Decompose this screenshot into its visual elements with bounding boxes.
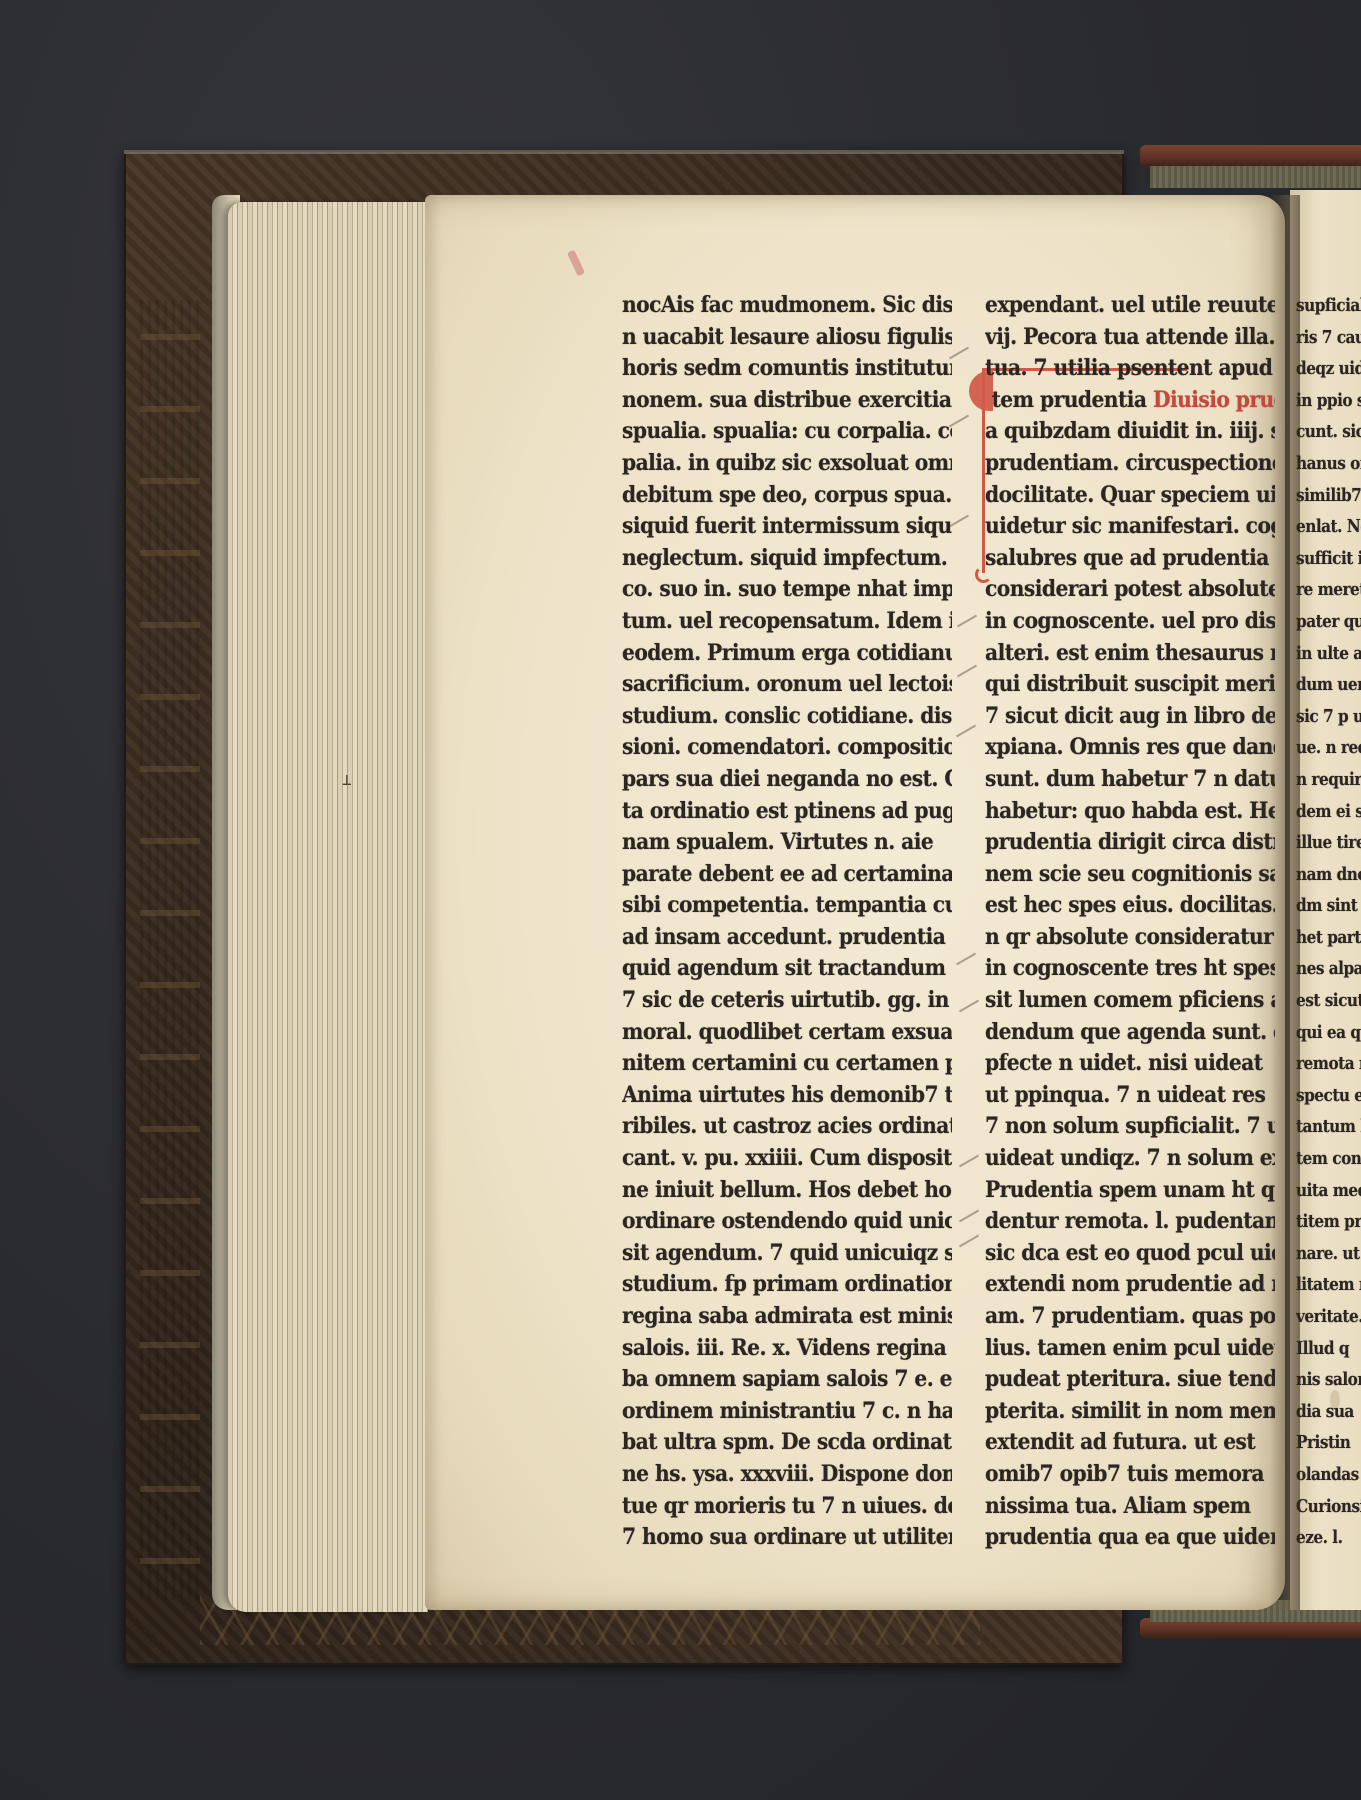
text-line: in cognoscente. uel pro distribu — [985, 606, 1252, 638]
text-line: uita medi — [1296, 1175, 1351, 1207]
text-line: sic dca est eo quod pcul uideat — [985, 1238, 1252, 1270]
text-line: nocAis fac mudmonem. Sic distructo — [622, 290, 926, 322]
text-line: siquid fuerit intermissum siquid — [622, 511, 926, 543]
text-line: Prudentia spem unam ht qua — [985, 1175, 1252, 1207]
text-line: dentur remota. l. pudentam — [985, 1206, 1252, 1238]
text-line: sufficit inter — [1296, 543, 1351, 575]
text-line: tem consid — [1296, 1143, 1351, 1175]
text-line: ta ordinatio est ptinens ad pug — [622, 796, 926, 828]
text-line: expendant. uel utile reuuteant. — [985, 290, 1252, 322]
text-line: sioni. comendatori. compositioni. — [622, 732, 926, 764]
text-line: dem ei sui — [1296, 796, 1351, 828]
text-line: palia. in quibz sic exsoluat omne — [622, 448, 926, 480]
text-line: prudentiam. circuspectione. cau — [985, 448, 1252, 480]
spine-strap-top — [1140, 145, 1361, 167]
text-line: ad insam accedunt. prudentia e — [622, 922, 926, 954]
text-line: ut ppinqua. 7 n uideat res — [985, 1080, 1252, 1112]
text-line: tua. 7 utilia psentent apud te. — [985, 353, 1252, 385]
text-line: pater quia — [1296, 606, 1351, 638]
text-line: 7 sic de ceteris uirtutib. gg. in — [622, 985, 926, 1017]
text-line: extendi nom prudentie ad me — [985, 1269, 1252, 1301]
text-line: illue tire n — [1296, 827, 1351, 859]
text-line: lius. tamen enim pcul uidet — [985, 1333, 1252, 1365]
text-line: deqz uidet — [1296, 353, 1351, 385]
text-line: sit agendum. 7 quid unicuiqz sit — [622, 1238, 926, 1270]
text-line: horis sedm comuntis institutum ca — [622, 353, 926, 385]
text-line: n requirit — [1296, 764, 1351, 796]
text-line: sacrificium. oronum uel lectois — [622, 669, 926, 701]
text-line: dm sint — [1296, 890, 1351, 922]
text-line: cunt. sicut — [1296, 416, 1351, 448]
page-stack-edges — [228, 202, 428, 1612]
text-line: pudeat pteritura. siue tenda — [985, 1364, 1252, 1396]
text-line: studium. fp primam ordinatione. — [622, 1269, 926, 1301]
blind-tooled-border-left — [140, 300, 200, 1600]
text-line: dendum que agenda sunt. et — [985, 1017, 1252, 1049]
text-line: nitem certamini cu certamen par. — [622, 1048, 926, 1080]
text-line: considerari potest absolute p — [985, 574, 1252, 606]
text-line: pfecte n uidet. nisi uideat — [985, 1048, 1252, 1080]
text-line: docilitate. Quar speciem ui — [985, 480, 1252, 512]
text-line: ne iniuit bellum. Hos debet ho — [622, 1175, 926, 1207]
text-line: pars sua diei neganda no est. Cer — [622, 764, 926, 796]
text-line: qui ea que — [1296, 1017, 1351, 1049]
text-line: Anima uirtutes his demonib7 te — [622, 1080, 926, 1112]
text-line: qui distribuit suscipit meritum — [985, 669, 1252, 701]
text-line: olandas — [1296, 1459, 1351, 1491]
text-line-start: tem prudentia — [991, 387, 1152, 413]
text-line: prudentia dirigit circa distribu — [985, 827, 1252, 859]
text-line: sunt. dum habetur 7 n datur. no — [985, 764, 1252, 796]
text-line: moral. quodlibet certam exsuat. q — [622, 1017, 926, 1049]
text-line: eodem. Primum erga cotidianum — [622, 638, 926, 670]
text-line: ordinare ostendendo quid unicuiqz — [622, 1206, 926, 1238]
text-line: Pristin — [1296, 1427, 1351, 1459]
text-line: habetur: quo habda est. Hedm — [985, 796, 1252, 828]
text-line: bat ultra spm. De scda ordinatio — [622, 1427, 926, 1459]
text-line: alteri. est enim thesaurus nob — [985, 638, 1252, 670]
text-line: dum ueni — [1296, 669, 1351, 701]
text-line: prudentia qua ea que uident — [985, 1522, 1252, 1554]
text-column-left: nocAis fac mudmonem. Sic distructo n uac… — [622, 290, 952, 1554]
text-line: regina saba admirata est ministeo — [622, 1301, 926, 1333]
text-line: n qr absolute consideratur — [985, 922, 1252, 954]
text-line: est hec spes eius. docilitas. Sed — [985, 890, 1252, 922]
text-line: spectu est — [1296, 1080, 1351, 1112]
headband-top — [1150, 166, 1361, 188]
text-line: sit lumen comem pficiens ad — [985, 985, 1252, 1017]
text-line: veritate. — [1296, 1301, 1351, 1333]
text-line: hanus offic — [1296, 448, 1351, 480]
text-line: remota n — [1296, 1048, 1351, 1080]
text-line: Illud q — [1296, 1333, 1351, 1365]
text-line: litatem n — [1296, 1269, 1351, 1301]
binding-top-edge — [124, 150, 1124, 154]
text-line: nare. ut s — [1296, 1238, 1351, 1270]
text-line: nam dnes — [1296, 859, 1351, 891]
text-line: parate debent ee ad certamina — [622, 859, 926, 891]
text-line: spualia. spualia: cu corpalia. cor — [622, 416, 926, 448]
text-line: co. suo in. suo tempe nhat impium — [622, 574, 926, 606]
text-line: supficialite — [1296, 290, 1351, 322]
text-line: nis salon — [1296, 1364, 1351, 1396]
text-line: vij. Pecora tua attende illa. — [985, 322, 1252, 354]
text-line: extendit ad futura. ut est — [985, 1427, 1252, 1459]
rubric-heading: Diuisio prudentie — [1153, 387, 1275, 413]
text-line: titem pru — [1296, 1206, 1351, 1238]
text-line: tum. uel recopensatum. Idem in — [622, 606, 926, 638]
text-line: ue. n requi — [1296, 732, 1351, 764]
text-column-right: expendant. uel utile reuuteant. vij. Pec… — [985, 290, 1275, 1554]
text-line: sibi competentia. tempantia cu — [622, 890, 926, 922]
text-column-facing-page: supficialite ris 7 caute deqz uidet in p… — [1296, 290, 1361, 1554]
text-line: het partes — [1296, 922, 1351, 954]
text-line: ordinem ministrantiu 7 c. n habe — [622, 1396, 926, 1428]
text-line: dia sua — [1296, 1396, 1351, 1428]
text-line: quid agendum sit tractandum est — [622, 953, 926, 985]
text-line: nam spualem. Virtutes n. aie — [622, 827, 926, 859]
text-line: omib7 opib7 tuis memora — [985, 1459, 1252, 1491]
text-line: tantum h — [1296, 1111, 1351, 1143]
text-line: ba omnem sapiam salois 7 e. et — [622, 1364, 926, 1396]
text-line: Curionsi — [1296, 1491, 1351, 1523]
text-line: n uacabit lesaure aliosu figulis — [622, 322, 926, 354]
text-line: salubres que ad prudentia p — [985, 543, 1252, 575]
text-line: in ulte ac — [1296, 638, 1351, 670]
text-line: uidetur sic manifestari. cog — [985, 511, 1252, 543]
text-line: studium. conslic cotidiane. discul — [622, 701, 926, 733]
text-line: neglectum. siquid impfectum. suo lo — [622, 543, 926, 575]
text-line: cant. v. pu. xxiiii. Cum dispositio — [622, 1143, 926, 1175]
text-line: re meretu — [1296, 574, 1351, 606]
text-line: uideat undiqz. 7 n solum ex — [985, 1143, 1252, 1175]
text-line: tue qr morieris tu 7 n uiues. debz — [622, 1491, 926, 1523]
text-line: est sicut h — [1296, 985, 1351, 1017]
text-line: in cognoscente tres ht spes. ci — [985, 953, 1252, 985]
text-line: 7 sicut dicit aug in libro de doc — [985, 701, 1252, 733]
text-line: enlat. No — [1296, 511, 1351, 543]
text-line: ribiles. ut castroz acies ordinata. — [622, 1111, 926, 1143]
text-line: in ppio su — [1296, 385, 1351, 417]
text-line: nes alpas — [1296, 953, 1351, 985]
text-line: am. 7 prudentiam. quas po — [985, 1301, 1252, 1333]
text-line: xpiana. Omnis res que dando — [985, 732, 1252, 764]
text-line: nem scie seu cognitionis salub — [985, 859, 1252, 891]
text-line: 7 homo sua ordinare ut utiliter — [622, 1522, 926, 1554]
text-line: sic 7 p ua — [1296, 701, 1351, 733]
text-line: ne hs. ysa. xxxviii. Dispone domui — [622, 1459, 926, 1491]
text-line: salois. iii. Re. x. Videns regina sab — [622, 1333, 926, 1365]
text-line: nissima tua. Aliam spem — [985, 1491, 1252, 1523]
text-line: pterita. similit in nom memo — [985, 1396, 1252, 1428]
text-line: nonem. sua distribue exercitia cu — [622, 385, 926, 417]
gathering-mark: ⊥ — [342, 770, 352, 789]
text-line: similib7 fec — [1296, 480, 1351, 512]
text-line: ris 7 caute — [1296, 322, 1351, 354]
text-line: debitum spe deo, corpus spua. ut — [622, 480, 926, 512]
rubric-line: tem prudentia Diuisio prudentie — [985, 385, 1252, 417]
text-line: a quibzdam diuidit in. iiij. spes — [985, 416, 1252, 448]
text-line: eze. l. — [1296, 1522, 1351, 1554]
text-line: 7 non solum supficialit. 7 uid — [985, 1111, 1252, 1143]
